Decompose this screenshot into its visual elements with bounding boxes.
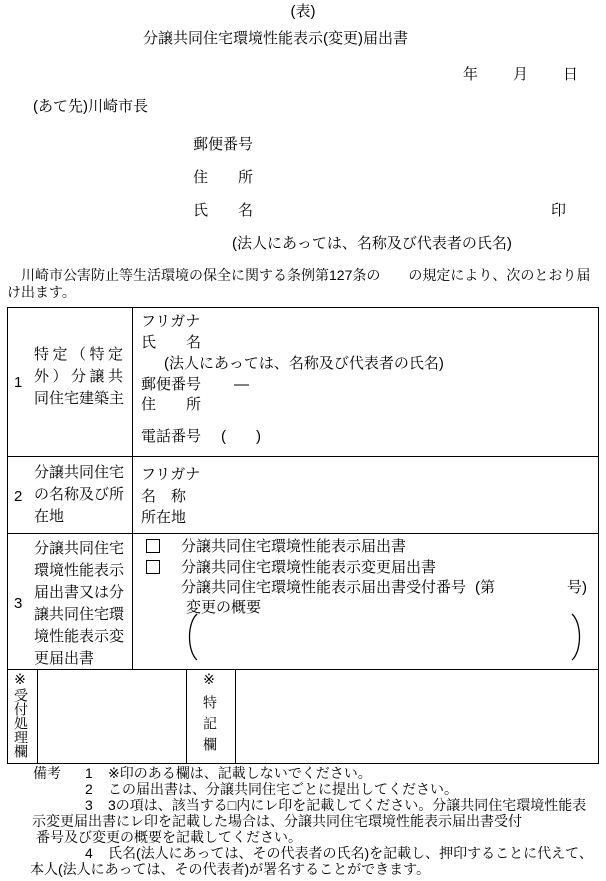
row2-furigana-label: フリガナ <box>141 467 200 484</box>
notes-heading: 備考 <box>33 766 61 781</box>
checkbox-notification-label: 分譲共同住宅環境性能表示届出書 <box>181 539 406 556</box>
row2-bottom-border <box>8 533 598 534</box>
form-page: (表) 分譲共同住宅環境性能表示(変更)届出書 年 月 日 (あて先)川崎市長 … <box>0 0 606 881</box>
label-column-border <box>132 308 133 669</box>
note3-number: 3 <box>85 798 93 813</box>
checkbox-notification[interactable] <box>146 539 160 553</box>
row2-label-line2: の名称及び所 <box>34 484 124 506</box>
row1-corporate-note: (法人にあっては、名称及び代表者の氏名) <box>164 356 444 373</box>
note1-number: 1 <box>85 766 93 781</box>
note2-number: 2 <box>85 782 93 797</box>
addressee-label: (あて先)川崎市長 <box>33 99 148 116</box>
row1-label-line3: 同住宅建築主 <box>34 388 127 410</box>
date-month-label: 月 <box>513 67 528 84</box>
note3-line3: 番号及び変更の概要を記載してください。 <box>36 830 302 845</box>
row1-phone-paren: ( ) <box>221 429 261 446</box>
row1-label: 特定（特定 外）分譲共 同住宅建築主 <box>34 344 127 410</box>
row2-number: 2 <box>14 489 22 506</box>
row1-number: 1 <box>14 375 22 392</box>
row2-label: 分譲共同住宅 の名称及び所 在地 <box>34 462 124 528</box>
receipt-number-label: 分譲共同住宅環境性能表示届出書受付番号 <box>181 580 466 597</box>
form-title: 分譲共同住宅環境性能表示(変更)届出書 <box>143 31 408 48</box>
row1-name-label: 氏 名 <box>141 335 201 352</box>
footer-divider-1 <box>37 669 38 763</box>
seal-mark: 印 <box>551 203 566 220</box>
applicant-name-label: 氏 名 <box>193 203 253 220</box>
receipt-number-suffix: 号) <box>567 580 587 597</box>
footer-divider-2 <box>186 669 187 763</box>
left-paren-bracket <box>184 613 200 661</box>
sheet-side-label: (表) <box>0 4 606 21</box>
date-day-label: 日 <box>563 67 578 84</box>
row3-label-line4: 譲共同住宅環 <box>34 604 124 626</box>
row2-label-line1: 分譲共同住宅 <box>34 462 124 484</box>
form-table: 1 特定（特定 外）分譲共 同住宅建築主 フリガナ 氏 名 (法人にあっては、名… <box>7 307 599 764</box>
note2-text: この届出書は、分譲共同住宅ごとに提出してください。 <box>108 782 458 797</box>
row1-postal-dash: ― <box>234 377 249 394</box>
special-notes-column-label: ※特記欄 <box>203 672 217 760</box>
right-paren-bracket <box>569 613 585 661</box>
row3-label-line5: 境性能表示変 <box>34 626 124 648</box>
intro-line-2: け出ます。 <box>7 285 76 300</box>
applicant-address-label: 住 所 <box>193 170 253 187</box>
row2-name-label: 名 称 <box>141 489 186 506</box>
row3-label-line3: 届出書又は分 <box>34 582 124 604</box>
note3-line1: 3の項は、該当する□内にレ印を記載してください。分譲共同住宅環境性能表 <box>108 798 586 813</box>
checkbox-change-notification-label: 分譲共同住宅環境性能表示変更届出書 <box>181 560 436 577</box>
reception-processing-column-label: ※受付処理欄 <box>14 672 28 762</box>
note4-number: 4 <box>85 846 93 861</box>
note4-line2: 本人(法人にあっては、その代表者)が署名することができます。 <box>30 862 430 877</box>
row1-phone-label: 電話番号 <box>141 429 201 446</box>
checkbox-change-notification[interactable] <box>146 560 160 574</box>
row3-label-line6: 更届出書 <box>34 648 124 670</box>
applicant-corporate-note: (法人にあっては、名称及び代表者の氏名) <box>232 236 512 253</box>
row2-location-label: 所在地 <box>141 510 186 527</box>
receipt-number-prefix: (第 <box>475 580 495 597</box>
row2-label-line3: 在地 <box>34 506 124 528</box>
row3-number: 3 <box>14 596 22 613</box>
note4-line1: 氏名(法人にあっては、その代表者の氏名)を記載し、押印することに代えて、 <box>108 846 593 861</box>
date-year-label: 年 <box>463 67 478 84</box>
applicant-postal-label: 郵便番号 <box>193 137 253 154</box>
intro-line-1: 川崎市公害防止等生活環境の保全に関する条例第127条の の規定により、次のとおり… <box>7 268 590 283</box>
note1-text: ※印のある欄は、記載しないでください。 <box>108 766 372 781</box>
row3-label: 分譲共同住宅 環境性能表示 届出書又は分 譲共同住宅環 境性能表示変 更届出書 <box>34 538 124 670</box>
row1-label-line2: 外）分譲共 <box>34 366 127 388</box>
note3-line2: 示変更届出書にレ印を記載した場合は、分譲共同住宅環境性能表示届出書受付 <box>32 814 522 829</box>
row1-bottom-border <box>8 456 598 457</box>
row1-furigana-label: フリガナ <box>141 314 200 331</box>
footer-divider-3 <box>235 669 236 763</box>
row1-label-line1: 特定（特定 <box>34 344 127 366</box>
row1-address-label: 住 所 <box>141 397 201 414</box>
row1-postal-label: 郵便番号 <box>141 377 201 394</box>
row3-label-line1: 分譲共同住宅 <box>34 538 124 560</box>
row3-label-line2: 環境性能表示 <box>34 560 124 582</box>
